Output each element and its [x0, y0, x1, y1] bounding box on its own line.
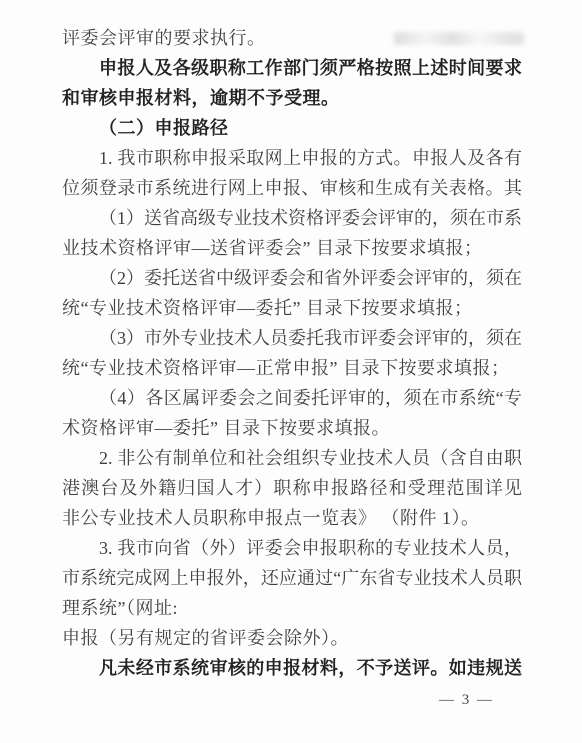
text-line: 凡未经市系统审核的申报材料，不予送评。如违规送评且获: [62, 653, 522, 683]
text-line: 理系统”（网址: http://www.gdhrss.gov.cn/gdweb/…: [62, 593, 522, 623]
text-line: 申报人及各级职称工作部门须严格按照上述时间要求提交: [62, 53, 522, 83]
text-line: 评委会评审的要求执行。: [62, 23, 522, 53]
text-line: 业技术资格评审—送省评委会” 目录下按要求填报；: [62, 233, 522, 263]
text-line: 术资格评审—委托” 目录下按要求填报。: [62, 413, 522, 443]
text-line: 非公专业技术人员职称申报点一览表》 （附件 1）。: [62, 503, 522, 533]
text-line: 市系统完成网上申报外，还应通过“广东省专业技术人员职称管: [62, 563, 522, 593]
text-line: （4）各区属评委会之间委托评审的，须在市系统“专业技: [62, 383, 522, 413]
text-line: 2. 非公有制单位和社会组织专业技术人员（含自由职业者、: [62, 443, 522, 473]
document-lines: 评委会评审的要求执行。申报人及各级职称工作部门须严格按照上述时间要求提交和审核申…: [62, 23, 522, 683]
text-line: （3）市外专业技术人员委托我市评委会评审的，须在市系: [62, 323, 522, 353]
scanned-document-page: 评委会评审的要求执行。申报人及各级职称工作部门须严格按照上述时间要求提交和审核申…: [0, 0, 582, 743]
text-line: 港澳台及外籍归国人才）职称申报路径和受理范围详见《广州市: [62, 473, 522, 503]
text-line: 和审核申报材料，逾期不予受理。: [62, 83, 522, 113]
text-line: 位须登录市系统进行网上申报、审核和生成有关表格。其中：: [62, 173, 522, 203]
text-line: 统“专业技术资格评审—正常申报” 目录下按要求填报；: [62, 353, 522, 383]
text-line: （二）申报路径: [62, 113, 522, 143]
text-line: 申报（另有规定的省评委会除外）。: [62, 623, 522, 653]
text-line: （2）委托送省中级评委会和省外评委会评审的，须在市系: [62, 263, 522, 293]
page-number: — 3 —: [439, 690, 494, 710]
text-line: 3. 我市向省（外）评委会申报职称的专业技术人员，除在: [62, 533, 522, 563]
text-line: （1）送省高级专业技术资格评委会评审的，须在市系统“专: [62, 203, 522, 233]
text-line: 1. 我市职称申报采取网上申报的方式。申报人及各有关单: [62, 143, 522, 173]
text-line: 统“专业技术资格评审—委托” 目录下按要求填报；: [62, 293, 522, 323]
